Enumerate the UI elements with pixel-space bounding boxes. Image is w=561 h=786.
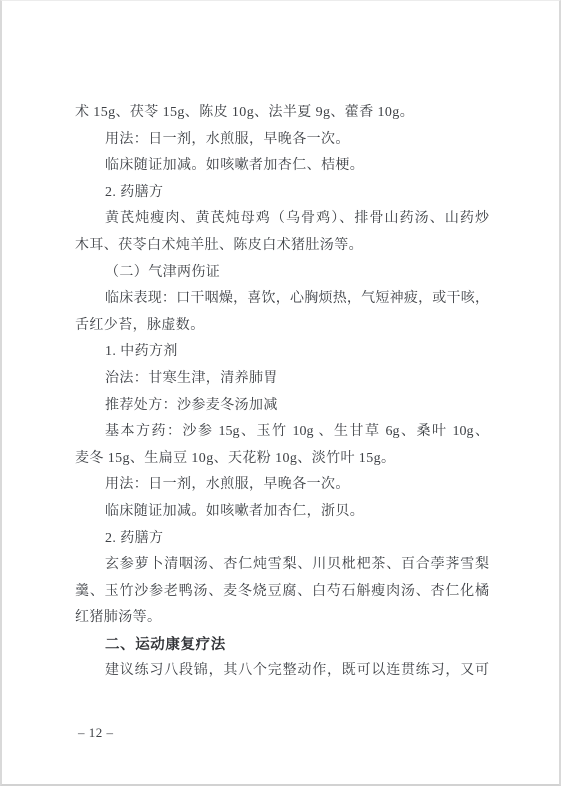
text-line: 术 15g、茯苓 15g、陈皮 10g、法半夏 9g、藿香 10g。 [75, 100, 489, 127]
text-line: 麦冬 15g、生扁豆 10g、天花粉 10g、淡竹叶 15g。 [75, 446, 489, 473]
item-title-herbal-formula: 1. 中药方剂 [75, 339, 489, 366]
subsection-title-qi-jin: （二）气津两伤证 [75, 260, 489, 287]
text-line-adjustment: 临床随证加减。如咳嗽者加杏仁，浙贝。 [75, 499, 489, 526]
section-title-exercise-rehab: 二、运动康复疗法 [75, 632, 489, 659]
text-line: 黄芪炖瘦肉、黄芪炖母鸡（乌骨鸡）、排骨山药汤、山药炒 [75, 206, 489, 233]
text-line-recommended-rx: 推荐处方：沙参麦冬汤加减 [75, 393, 489, 420]
text-line: 木耳、茯苓白术炖羊肚、陈皮白术猪肚汤等。 [75, 233, 489, 260]
item-title-diet-recipes: 2. 药膳方 [75, 180, 489, 207]
page-number: – 12 – [78, 725, 114, 741]
text-line: 玄参萝卜清咽汤、杏仁炖雪梨、川贝枇杷茶、百合荸荠雪梨 [75, 552, 489, 579]
text-line-usage: 用法：日一剂，水煎服，早晚各一次。 [75, 472, 489, 499]
text-line-treatment-method: 治法：甘寒生津，清养肺胃 [75, 366, 489, 393]
text-line-clinical-signs: 临床表现：口干咽燥，喜饮，心胸烦热，气短神疲，或干咳， [75, 286, 489, 313]
text-line-adjustment: 临床随证加减。如咳嗽者加杏仁、桔梗。 [75, 153, 489, 180]
document-body: 术 15g、茯苓 15g、陈皮 10g、法半夏 9g、藿香 10g。 用法：日一… [75, 100, 489, 685]
item-title-diet-recipes: 2. 药膳方 [75, 526, 489, 553]
text-line-baduanjin: 建议练习八段锦，其八个完整动作，既可以连贯练习，又可 [75, 658, 489, 685]
document-page: 术 15g、茯苓 15g、陈皮 10g、法半夏 9g、藿香 10g。 用法：日一… [0, 0, 561, 786]
text-line-base-herbs: 基本方药：沙参 15g、玉竹 10g 、生甘草 6g、桑叶 10g、 [75, 419, 489, 446]
text-line: 舌红少苔，脉虚数。 [75, 313, 489, 340]
text-line: 红猪肺汤等。 [75, 605, 489, 632]
text-line: 羹、玉竹沙参老鸭汤、麦冬烧豆腐、白芍石斛瘦肉汤、杏仁化橘 [75, 579, 489, 606]
text-line-usage: 用法：日一剂，水煎服，早晚各一次。 [75, 127, 489, 154]
